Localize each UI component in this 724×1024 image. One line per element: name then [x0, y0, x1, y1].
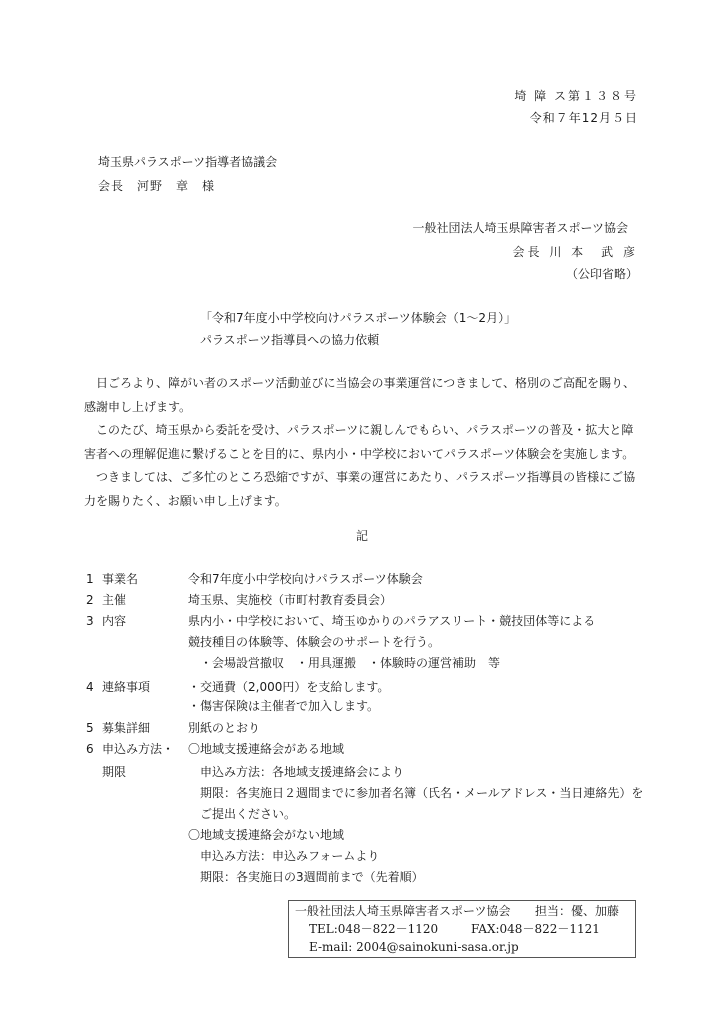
item-label: 募集詳細: [102, 718, 150, 738]
item-number: 5: [86, 718, 100, 738]
contact-person: 担当：優、加藤: [535, 902, 619, 921]
item-label: 内容: [102, 611, 126, 631]
item-number: 3: [86, 611, 100, 631]
contact-organization: 一般社団法人埼玉県障害者スポーツ協会: [295, 902, 511, 921]
body-paragraph: つきましては、ご多忙のところ恐縮ですが、事業の運営にあたり、パラスポーツ指導員の…: [84, 466, 644, 513]
sender-name: 会長 川 本 武 彦: [513, 242, 638, 262]
subject-title: 「令和7年度小中学校向けパラスポーツ体験会（1～2月）」: [200, 308, 516, 328]
item-value: ・会場設営撤収 ・用具運搬 ・体験時の運営補助 等: [188, 653, 500, 673]
item-value: ・交通費（2,000円）を支給します。: [188, 677, 389, 697]
item-number: 6: [86, 739, 100, 759]
issue-date: 令和７年12月５日: [530, 108, 638, 128]
item-label: 申込み方法・: [102, 739, 174, 759]
subject-subtitle: パラスポーツ指導員への協力依頼: [200, 330, 379, 350]
item-label-continued: 期限: [102, 762, 126, 782]
item-number: 4: [86, 677, 100, 697]
recipient-name: 会長 河野 章 様: [98, 176, 215, 196]
contact-tel: TEL:048－822－1120: [309, 920, 438, 939]
contact-box: 一般社団法人埼玉県障害者スポーツ協会 担当：優、加藤 TEL:048－822－1…: [288, 900, 636, 958]
body-paragraph: このたび、埼玉県から委託を受け、パラスポーツに親しんでもらい、パラスポーツの普及…: [84, 419, 644, 466]
contact-email[interactable]: E-mail: 2004@sainokuni-sasa.or.jp: [309, 938, 519, 957]
body-text: 日ごろより、障がい者のスポーツ活動並びに当協会の事業運営につきまして、格別のご高…: [84, 372, 644, 513]
item-number: 2: [86, 590, 100, 610]
item-value: 別紙のとおり: [188, 718, 260, 738]
item-value: 〇地域支援連絡会がない地域: [188, 825, 344, 845]
sender-organization: 一般社団法人埼玉県障害者スポーツ協会: [412, 218, 628, 238]
item-value: 期限：各実施日の3週間前まで（先着順）: [188, 867, 424, 887]
item-number: 1: [86, 569, 100, 589]
seal-note: （公印省略）: [566, 264, 638, 284]
item-label: 連絡事項: [102, 677, 150, 697]
reference-number: 埼 障 ス第１３８号: [514, 86, 638, 106]
item-value: ・傷害保険は主催者で加入します。: [188, 696, 379, 716]
item-value: 申込み方法：各地域支援連絡会により: [188, 762, 404, 782]
item-value: ご提出ください。: [188, 804, 296, 824]
item-value: 埼玉県、実施校（市町村教育委員会）: [188, 590, 392, 610]
item-label: 事業名: [102, 569, 138, 589]
item-value: 期限：各実施日２週間までに参加者名簿（氏名・メールアドレス・当日連絡先）を: [188, 783, 643, 803]
item-value: 〇地域支援連絡会がある地域: [188, 739, 344, 759]
item-label: 主催: [102, 590, 126, 610]
recipient-organization: 埼玉県パラスポーツ指導者協議会: [98, 152, 277, 172]
item-value: 県内小・中学校において、埼玉ゆかりのパラアスリート・競技団体等による: [188, 611, 595, 631]
item-value: 申込み方法：申込みフォームより: [188, 846, 379, 866]
item-value: 令和7年度小中学校向けパラスポーツ体験会: [188, 569, 423, 589]
ki-heading: 記: [356, 526, 368, 546]
contact-fax: FAX:048－822－1121: [471, 920, 600, 939]
body-paragraph: 日ごろより、障がい者のスポーツ活動並びに当協会の事業運営につきまして、格別のご高…: [84, 372, 644, 419]
item-value: 競技種目の体験等、体験会のサポートを行う。: [188, 632, 440, 652]
